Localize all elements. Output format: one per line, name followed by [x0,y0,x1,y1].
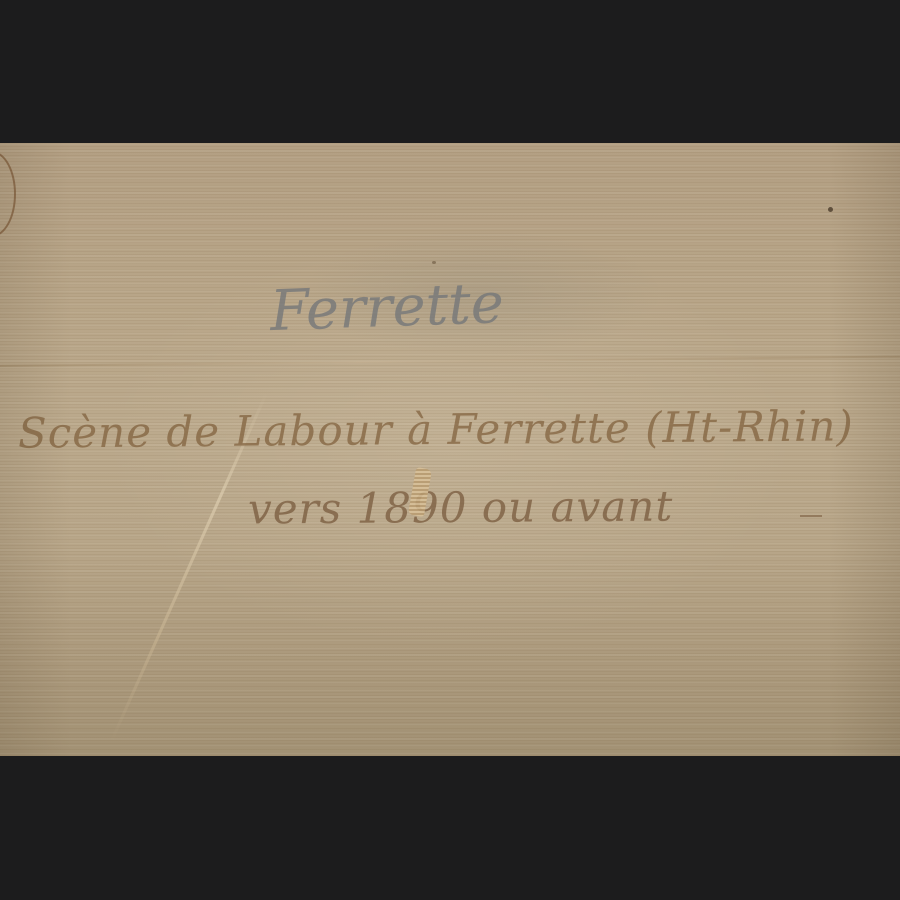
inscription-line-2: vers 1890 ou avant [248,482,674,534]
wood-seam [0,356,900,367]
ring-stain [0,151,16,237]
wood-knot-dot [432,261,436,264]
photo-frame: Ferrette Scène de Labour à Ferrette (Ht-… [0,0,900,900]
wood-knot-dot [828,207,833,212]
wood-panel: Ferrette Scène de Labour à Ferrette (Ht-… [0,143,900,756]
pencil-title-inscription: Ferrette [269,271,505,344]
inscription-line-1: Scène de Labour à Ferrette (Ht-Rhin) [18,401,854,457]
ink-dash [800,515,822,517]
